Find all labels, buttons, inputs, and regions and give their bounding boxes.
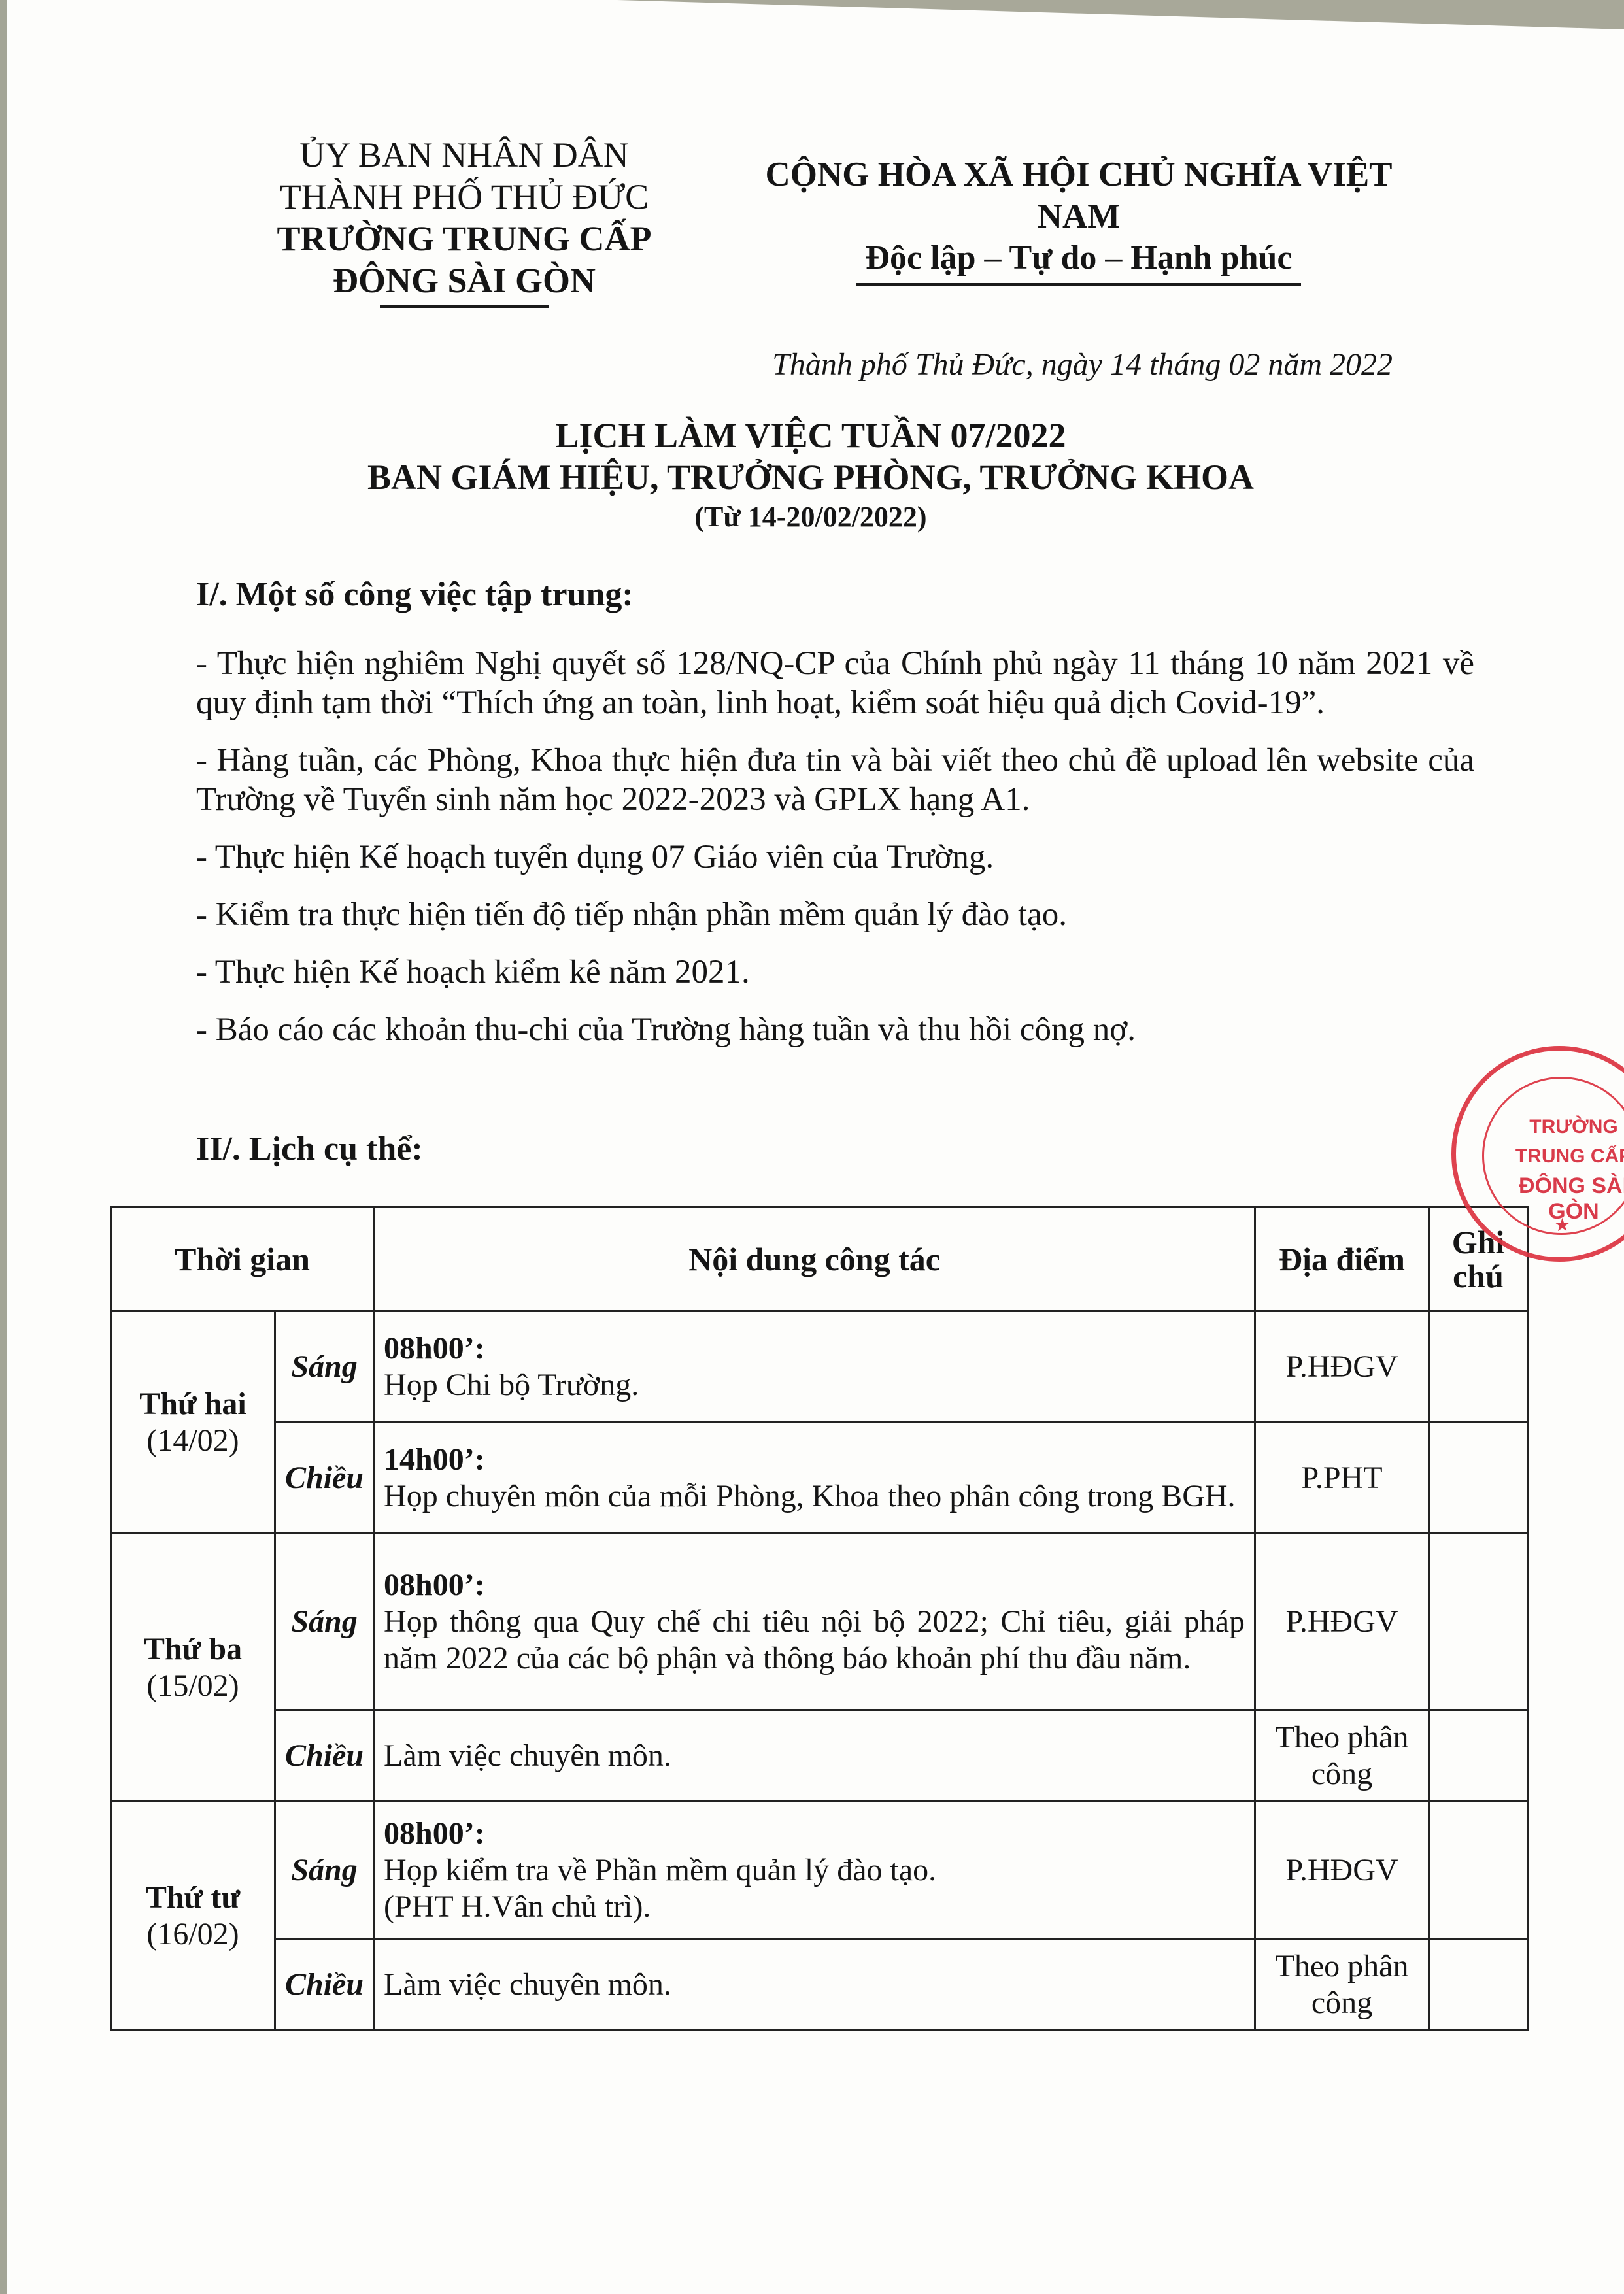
- stamp-line-2: TRUNG CẤP: [1502, 1145, 1624, 1168]
- day-date: (16/02): [121, 1916, 265, 1953]
- meeting-content: Họp thông qua Quy chế chi tiêu nội bộ 20…: [384, 1604, 1245, 1676]
- note-cell: [1429, 1534, 1528, 1710]
- meeting-content: Làm việc chuyên môn.: [384, 1738, 671, 1773]
- focus-task-item: - Thực hiện Kế hoạch kiểm kê năm 2021.: [196, 953, 1474, 992]
- content-cell: 08h00’:Họp Chi bộ Trường.: [374, 1311, 1255, 1423]
- content-cell: 08h00’:Họp kiểm tra về Phần mềm quản lý …: [374, 1802, 1255, 1939]
- meeting-content: Làm việc chuyên môn.: [384, 1967, 671, 2002]
- place-cell: P.PHT: [1255, 1423, 1429, 1534]
- meeting-content: Họp kiểm tra về Phần mềm quản lý đào tạo…: [384, 1853, 936, 1924]
- title-line-2: BAN GIÁM HIỆU, TRƯỞNG PHÒNG, TRƯỞNG KHOA: [196, 456, 1425, 499]
- section-1-heading: I/. Một số công việc tập trung:: [196, 575, 1474, 615]
- motto-underline: [856, 283, 1301, 286]
- document-title: LỊCH LÀM VIỆC TUẦN 07/2022 BAN GIÁM HIỆU…: [196, 415, 1425, 535]
- day-cell: Thứ ba(15/02): [111, 1534, 275, 1802]
- day-name: Thứ tư: [121, 1880, 265, 1916]
- meeting-time: 08h00’:: [384, 1567, 1245, 1604]
- header-place: Địa điểm: [1255, 1207, 1429, 1311]
- table-row: Thứ tư(16/02)Sáng08h00’:Họp kiểm tra về …: [111, 1802, 1528, 1939]
- header-content: Nội dung công tác: [374, 1207, 1255, 1311]
- authority-line-1: ỦY BAN NHÂN DÂN: [248, 134, 680, 176]
- day-date: (14/02): [121, 1423, 265, 1459]
- note-cell: [1429, 1939, 1528, 2031]
- title-date-range: (Từ 14-20/02/2022): [196, 499, 1425, 535]
- note-cell: [1429, 1311, 1528, 1423]
- header-time: Thời gian: [111, 1207, 374, 1311]
- session-cell: Sáng: [275, 1802, 374, 1939]
- table-row: Thứ ba(15/02)Sáng08h00’:Họp thông qua Qu…: [111, 1534, 1528, 1710]
- focus-task-item: - Báo cáo các khoản thu-chi của Trường h…: [196, 1010, 1474, 1049]
- place-cell: Theo phân công: [1255, 1939, 1429, 2031]
- session-cell: Chiều: [275, 1939, 374, 2031]
- session-cell: Sáng: [275, 1534, 374, 1710]
- focus-task-item: - Thực hiện nghiêm Nghị quyết số 128/NQ-…: [196, 644, 1474, 722]
- content-cell: Làm việc chuyên môn.: [374, 1710, 1255, 1802]
- scan-edge-artifact: [0, 0, 7, 2294]
- national-motto: Độc lập – Tự do – Hạnh phúc: [726, 237, 1432, 279]
- national-header: CỘNG HÒA XÃ HỘI CHỦ NGHĨA VIỆT NAM Độc l…: [726, 154, 1432, 286]
- day-name: Thứ ba: [121, 1631, 265, 1668]
- content-cell: 14h00’:Họp chuyên môn của mỗi Phòng, Kho…: [374, 1423, 1255, 1534]
- school-name-line-1: TRƯỜNG TRUNG CẤP: [248, 218, 680, 260]
- scan-top-artifact: [0, 0, 1624, 29]
- nation-name: CỘNG HÒA XÃ HỘI CHỦ NGHĨA VIỆT NAM: [726, 154, 1432, 237]
- note-cell: [1429, 1423, 1528, 1534]
- table-header-row: Thời gian Nội dung công tác Địa điểm Ghi…: [111, 1207, 1528, 1311]
- place-cell: P.HĐGV: [1255, 1802, 1429, 1939]
- place-date-line: Thành phố Thủ Đức, ngày 14 tháng 02 năm …: [739, 346, 1393, 382]
- authority-line-2: THÀNH PHỐ THỦ ĐỨC: [248, 176, 680, 218]
- table-row: Thứ hai(14/02)Sáng08h00’:Họp Chi bộ Trườ…: [111, 1311, 1528, 1423]
- session-cell: Chiều: [275, 1423, 374, 1534]
- place-cell: P.HĐGV: [1255, 1534, 1429, 1710]
- day-cell: Thứ tư(16/02): [111, 1802, 275, 2031]
- title-line-1: LỊCH LÀM VIỆC TUẦN 07/2022: [196, 415, 1425, 456]
- section-2-heading: II/. Lịch cụ thể:: [196, 1130, 1474, 1169]
- school-name-line-2: ĐÔNG SÀI GÒN: [248, 260, 680, 301]
- note-cell: [1429, 1802, 1528, 1939]
- authority-underline: [380, 305, 549, 308]
- place-cell: P.HĐGV: [1255, 1311, 1429, 1423]
- meeting-time: 14h00’:: [384, 1442, 1245, 1478]
- focus-task-item: - Hàng tuần, các Phòng, Khoa thực hiện đ…: [196, 741, 1474, 819]
- table-row: ChiềuLàm việc chuyên môn.Theo phân công: [111, 1939, 1528, 2031]
- day-cell: Thứ hai(14/02): [111, 1311, 275, 1534]
- stamp-line-1: TRƯỜNG: [1508, 1116, 1624, 1138]
- focus-task-item: - Kiểm tra thực hiện tiến độ tiếp nhận p…: [196, 895, 1474, 934]
- focus-tasks-list: - Thực hiện nghiêm Nghị quyết số 128/NQ-…: [196, 644, 1474, 1068]
- meeting-content: Họp Chi bộ Trường.: [384, 1368, 639, 1402]
- session-cell: Sáng: [275, 1311, 374, 1423]
- schedule-table: Thời gian Nội dung công tác Địa điểm Ghi…: [110, 1206, 1529, 2031]
- meeting-time: 08h00’:: [384, 1330, 1245, 1367]
- content-cell: Làm việc chuyên môn.: [374, 1939, 1255, 2031]
- issuing-authority: ỦY BAN NHÂN DÂN THÀNH PHỐ THỦ ĐỨC TRƯỜNG…: [248, 134, 680, 308]
- focus-task-item: - Thực hiện Kế hoạch tuyển dụng 07 Giáo …: [196, 837, 1474, 877]
- content-cell: 08h00’:Họp thông qua Quy chế chi tiêu nộ…: [374, 1534, 1255, 1710]
- note-cell: [1429, 1710, 1528, 1802]
- meeting-time: 08h00’:: [384, 1815, 1245, 1852]
- place-cell: Theo phân công: [1255, 1710, 1429, 1802]
- meeting-content: Họp chuyên môn của mỗi Phòng, Khoa theo …: [384, 1479, 1235, 1513]
- day-date: (15/02): [121, 1668, 265, 1704]
- day-name: Thứ hai: [121, 1386, 265, 1423]
- table-row: Chiều14h00’:Họp chuyên môn của mỗi Phòng…: [111, 1423, 1528, 1534]
- table-row: ChiềuLàm việc chuyên môn.Theo phân công: [111, 1710, 1528, 1802]
- star-icon: ★: [1554, 1214, 1570, 1236]
- session-cell: Chiều: [275, 1710, 374, 1802]
